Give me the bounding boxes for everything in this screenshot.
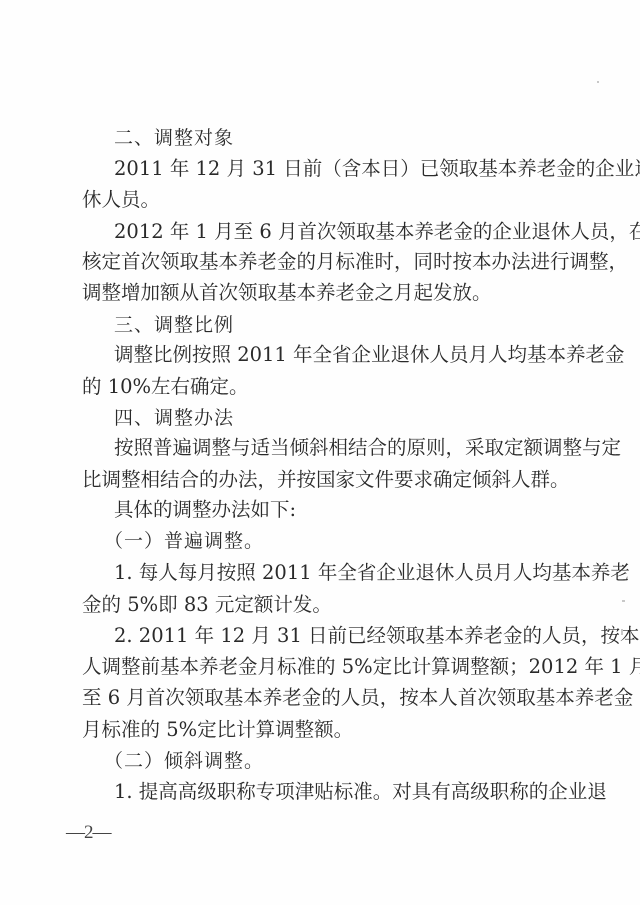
list-item-line: 2. 2011 年 12 月 31 日前已经领取基本养老金的人员，按本	[114, 621, 560, 651]
paragraph-line: 的 10%左右确定。	[82, 372, 560, 402]
paragraph-line: 核定首次领取基本养老金的月标准时，同时按本办法进行调整，	[82, 247, 560, 277]
paragraph-line: 2011 年 12 月 31 日前（含本日）已领取基本养老金的企业退	[114, 154, 560, 184]
section-heading-adjustment-ratio: 三、调整比例	[114, 310, 560, 340]
list-item-line: 1. 每人每月按照 2011 年全省企业退休人员月人均基本养老	[114, 558, 560, 588]
paragraph-line: 具体的调整办法如下:	[114, 495, 560, 525]
document-page: 二、调整对象 2011 年 12 月 31 日前（含本日）已领取基本养老金的企业…	[0, 0, 640, 905]
paragraph-line: 2012 年 1 月至 6 月首次领取基本养老金的企业退休人员，在	[114, 217, 560, 247]
list-item-line: 1. 提高高级职称专项津贴标准。对具有高级职称的企业退	[114, 777, 560, 807]
scan-artifact	[621, 629, 623, 635]
paragraph-line: 调整增加额从首次领取基本养老金之月起发放。	[82, 278, 560, 308]
scan-artifact	[597, 81, 599, 83]
paragraph-line: 比调整相结合的办法，并按国家文件要求确定倾斜人群。	[82, 465, 560, 495]
section-heading-adjustment-method: 四、调整办法	[114, 403, 560, 433]
page-number: —2—	[66, 822, 111, 844]
subsection-heading-tilted-adjustment: （二）倾斜调整。	[104, 746, 582, 776]
paragraph-line: 调整比例按照 2011 年全省企业退休人员月人均基本养老金	[114, 340, 560, 370]
paragraph-line: 休人员。	[82, 185, 560, 215]
list-item-line: 人调整前基本养老金月标准的 5%定比计算调整额；2012 年 1 月	[82, 652, 560, 682]
list-item-line: 月标准的 5%定比计算调整额。	[82, 715, 560, 745]
list-item-line: 金的 5%即 83 元定额计发。	[82, 590, 560, 620]
section-heading-adjustment-target: 二、调整对象	[114, 123, 560, 153]
paragraph-line: 按照普遍调整与适当倾斜相结合的原则，采取定额调整与定	[114, 433, 560, 463]
subsection-heading-general-adjustment: （一）普遍调整。	[104, 526, 582, 556]
scan-artifact	[622, 600, 625, 602]
list-item-line: 至 6 月首次领取基本养老金的人员，按本人首次领取基本养老金	[82, 683, 560, 713]
